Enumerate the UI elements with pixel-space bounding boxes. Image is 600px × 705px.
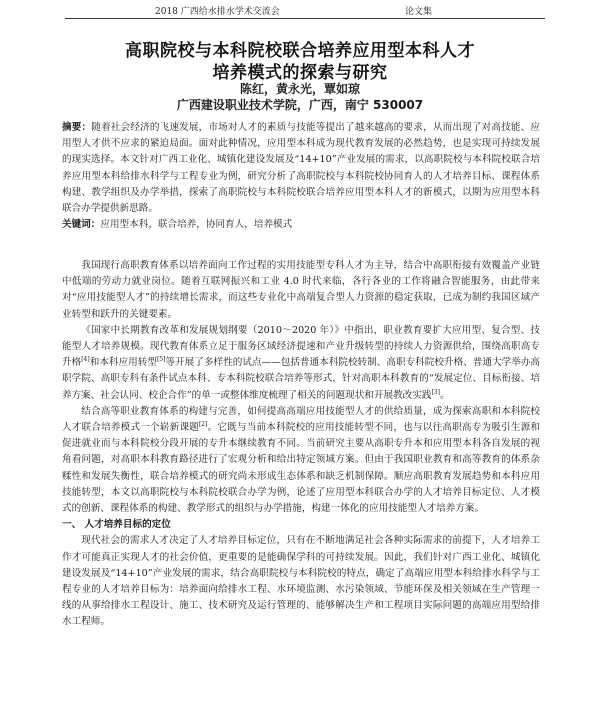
keywords: 关键词：应用型本科，联合培养，协同育人，培养模式 xyxy=(62,217,540,233)
paragraph-3: 结合高等职业教育体系的构建与完善，如何提高高端应用技能型人才的供给质量，成为探索… xyxy=(62,404,540,517)
header-conference: 2018 广西给水排水学术交流会 xyxy=(155,4,280,17)
paragraph-2: 《国家中长期教育改革和发展规划纲要（2010～2020 年）》中指出，职业教育要… xyxy=(62,323,540,404)
header-proceedings: 论文集 xyxy=(405,4,432,17)
keywords-text: 应用型本科，联合培养，协同育人，培养模式 xyxy=(100,219,292,230)
citation: [4] xyxy=(81,356,90,363)
paragraph-1: 我国现行高职教育体系以培养面向工作过程的实用技能型专科人才为主导，结合中高职衔接… xyxy=(62,258,540,323)
section-heading-1: 一、 人才培养目标的定位 xyxy=(62,517,540,533)
affiliation: 广西建设职业技术学院，广西，南宁 530007 xyxy=(0,96,600,113)
paragraph-4: 现代社会的需求人才决定了人才培养目标定位，只有在不断地满足社会各种实际需求的前提… xyxy=(62,533,540,630)
p2-text-d: 。 xyxy=(440,390,450,401)
p3-text-b: 。它既与当前本科院校的应用技能转型不同，也与以往高职高专为吸引生源和促进就业而与… xyxy=(62,422,540,514)
authors: 陈红，黄永光，覃如琼 xyxy=(0,80,600,97)
running-header: 2018 广西给水排水学术交流会 论文集 xyxy=(65,0,545,19)
body-text: 我国现行高职教育体系以培养面向工作过程的实用技能型专科人才为主导，结合中高职衔接… xyxy=(62,258,540,631)
citation: [3] xyxy=(431,388,440,395)
keywords-label: 关键词： xyxy=(62,219,100,230)
abstract-label: 摘要： xyxy=(62,122,91,133)
abstract-text: 随着社会经济的飞速发展，市场对人才的素质与技能等提出了越来越高的要求，从而出现了… xyxy=(62,122,540,214)
abstract: 摘要：随着社会经济的飞速发展，市场对人才的素质与技能等提出了越来越高的要求，从而… xyxy=(62,120,540,217)
p2-text-b: 和本科应用转型 xyxy=(90,357,157,368)
